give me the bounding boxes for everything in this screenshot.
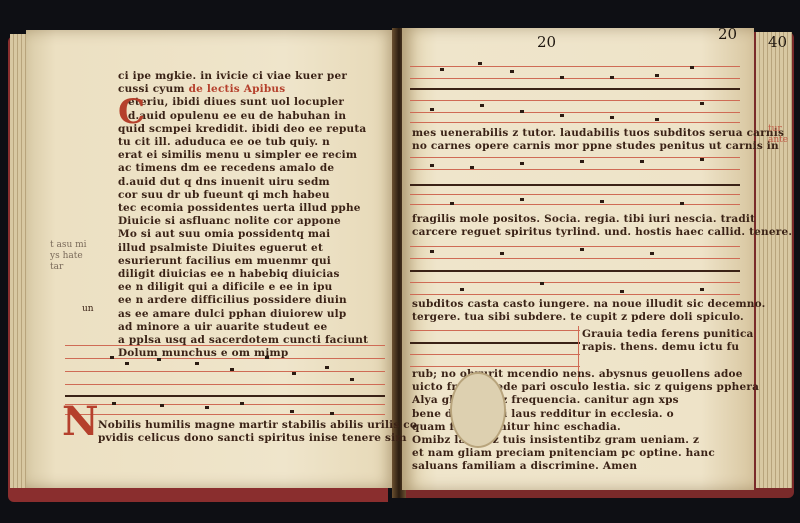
neume (680, 202, 684, 205)
neume (620, 290, 624, 293)
neume (700, 158, 704, 161)
neume (195, 362, 199, 365)
text-line: erat ei similis menu u simpler ee recim (118, 149, 368, 162)
text-line: Grauia tedia ferens punitica (582, 328, 754, 341)
page-number-corner: 20 (718, 25, 737, 43)
neume (520, 110, 524, 113)
text-line: quid scmpei kredidit. ibidi deo ee reput… (118, 123, 368, 136)
neume (460, 288, 464, 291)
staff-line (410, 194, 740, 195)
neume (440, 68, 444, 71)
decorated-initial-n: N (62, 398, 99, 445)
neume (157, 358, 161, 361)
staff-line (410, 100, 740, 101)
neume (480, 104, 484, 107)
neume (430, 164, 434, 167)
staff-line (65, 414, 385, 415)
neume (520, 198, 524, 201)
text-line: Diuicie si asfluanc nolite cor appone (118, 215, 368, 228)
neume (560, 76, 564, 79)
neume (470, 166, 474, 169)
right-page-text-block-3: subditos casta casto iungere. na noue il… (412, 298, 765, 324)
margin-note: t asu mi ys hate tar (50, 240, 87, 273)
staff-line (65, 345, 385, 346)
neume (160, 404, 164, 407)
staff-line (410, 354, 580, 355)
neume (610, 76, 614, 79)
text-line: illud psalmiste Diuites eguerut et (118, 242, 368, 255)
neume (600, 200, 604, 203)
neume (580, 160, 584, 163)
staff-line (65, 371, 385, 372)
text-line: esurierunt facilius em muenmr qui (118, 255, 368, 268)
staff-line (410, 282, 740, 283)
staff-line (410, 204, 740, 205)
text-line: rapis. thens. demu ictu fu (582, 341, 754, 354)
page-number-center: 20 (537, 33, 556, 51)
neume-chain (65, 395, 385, 397)
neume-chain (410, 184, 740, 186)
text-line: Mo si aut suu omia possidentq mai (118, 228, 368, 241)
neume-chain (410, 88, 740, 90)
neume (265, 356, 269, 359)
text-line: eteriu, ibidi diues sunt uol locupler (118, 96, 368, 109)
right-page-text-block-4: Grauia tedia ferens punitica rapis. then… (582, 328, 754, 354)
neume (650, 252, 654, 255)
neume (110, 356, 114, 359)
neume (230, 368, 234, 371)
text-line: pvidis celicus dono sancti spiritus inis… (98, 432, 417, 445)
text-line: ac timens dm ee recedens amalo de (118, 162, 368, 175)
neume (655, 118, 659, 121)
neume (350, 378, 354, 381)
text-line: as ee amare dulci pphan diuiorew ulp (118, 308, 368, 321)
neume (560, 114, 564, 117)
neume (430, 250, 434, 253)
parchment-hole (450, 372, 506, 448)
neume (330, 412, 334, 415)
text-line: mes uenerabilis z tutor. laudabilis tuos… (412, 127, 784, 140)
staff-line (410, 330, 580, 331)
neume (690, 66, 694, 69)
neume (478, 62, 482, 65)
staff-line (410, 258, 740, 259)
right-page-text-block-1: mes uenerabilis z tutor. laudabilis tuos… (412, 127, 784, 153)
text-line: Nobilis humilis magne martir stabilis ab… (98, 419, 417, 432)
neume (540, 282, 544, 285)
staff-line (410, 122, 740, 123)
folio-number: 40 (768, 33, 787, 51)
text-line: et nam gliam preciam pnitenciam pc optin… (412, 447, 759, 460)
neume (640, 160, 644, 163)
staff-line (410, 366, 580, 367)
neume (205, 406, 209, 409)
text-line: ee n diligit qui a dificile e ee in ipu (118, 281, 368, 294)
neume (292, 372, 296, 375)
text-line: ad minore a uir auarite studeut ee (118, 321, 368, 334)
text-line: cussi cyum de lectis Apibus (118, 83, 368, 96)
neume (450, 202, 454, 205)
neume (430, 108, 434, 111)
text-line: ci ipe mgkie. in ivicie ci viae kuer per (118, 70, 368, 83)
neume (610, 116, 614, 119)
text-line: diligit diuicias ee n habebiq diuicias (118, 268, 368, 281)
right-page-text-block-2: fragilis mole positos. Socia. regia. tib… (412, 213, 792, 239)
text-line: tergere. tua sibi subdere. te cupit z pd… (412, 311, 765, 324)
neume (700, 102, 704, 105)
text-line: d.auid opulenu ee eu de habuhan in (118, 110, 368, 123)
neume (580, 248, 584, 251)
text-line: tec ecomia possidentes uerta illud pphe (118, 202, 368, 215)
neume (290, 410, 294, 413)
left-page-text: ci ipe mgkie. in ivicie ci viae kuer per… (118, 70, 368, 360)
neume (510, 70, 514, 73)
staff-line (65, 384, 385, 385)
neume (112, 402, 116, 405)
neume (500, 252, 504, 255)
text-line: d.auid dut q dns inuenit uiru sedm (118, 176, 368, 189)
staff-line (410, 169, 740, 170)
neume (655, 74, 659, 77)
text-line: subditos casta casto iungere. na noue il… (412, 298, 765, 311)
edge-margin-note: tur ante (768, 124, 788, 146)
text-line: saluans familiam a discrimine. Amen (412, 460, 759, 473)
neume-chain (410, 270, 740, 272)
left-page-bottom-text: Nobilis humilis magne martir stabilis ab… (98, 419, 417, 445)
staff-line (410, 294, 740, 295)
staff-line (410, 246, 740, 247)
neume (700, 288, 704, 291)
text-line: cor suu dr ub fueunt qi mch habeu (118, 189, 368, 202)
rubric-text: de lectis Apibus (189, 83, 286, 95)
staff-line (410, 112, 740, 113)
neume (125, 362, 129, 365)
text-line: no carnes opere carnis mor ppne studes p… (412, 140, 784, 153)
text-line: ee n ardere difficilius possidere diuin (118, 294, 368, 307)
neume (240, 402, 244, 405)
margin-note: un (82, 304, 94, 315)
text-line: tu cit ill. aduduca ee oe tub quiy. n (118, 136, 368, 149)
decorated-initial-c: C (118, 92, 145, 132)
neume (325, 366, 329, 369)
neume (520, 162, 524, 165)
text-line: fragilis mole positos. Socia. regia. tib… (412, 213, 792, 226)
neume-chain (410, 342, 580, 344)
text-line: carcere reguet spiritus tyrlind. und. ho… (412, 226, 792, 239)
right-page-edges (756, 32, 792, 488)
staff-line (410, 78, 740, 79)
staff-line (410, 157, 740, 158)
